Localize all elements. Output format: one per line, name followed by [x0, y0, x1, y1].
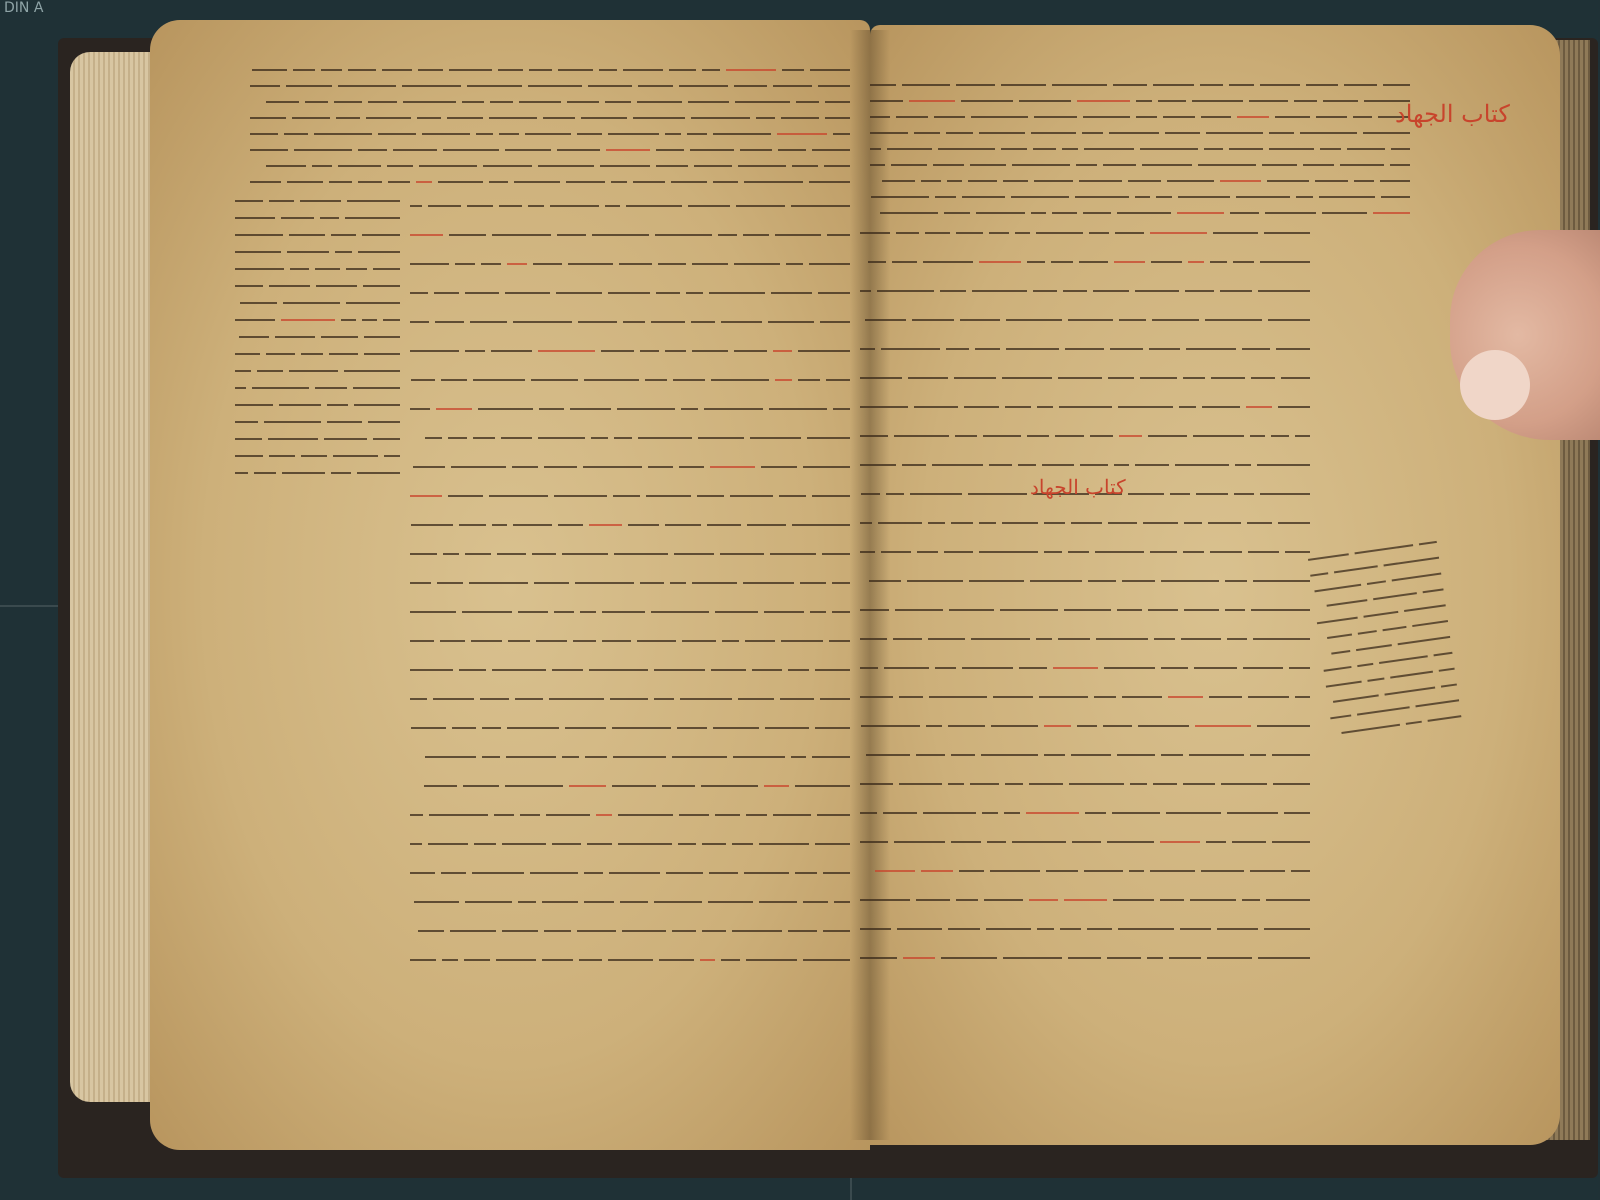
- right-page-main-text: [860, 215, 1310, 985]
- right-page-top-notes: [870, 75, 1410, 215]
- rubric-heading-top: كتاب الجهاد: [1395, 100, 1510, 128]
- thumbnail-nail: [1460, 350, 1530, 420]
- corner-label: DIN A: [4, 0, 43, 16]
- left-page-top-notes: [250, 60, 850, 190]
- left-page-side-notes: [235, 190, 400, 490]
- background-line: [0, 605, 58, 607]
- rubric-heading-inline: كتاب الجهاد: [1030, 475, 1126, 499]
- right-margin-note: [1307, 532, 1464, 748]
- left-page-main-text: [410, 188, 850, 988]
